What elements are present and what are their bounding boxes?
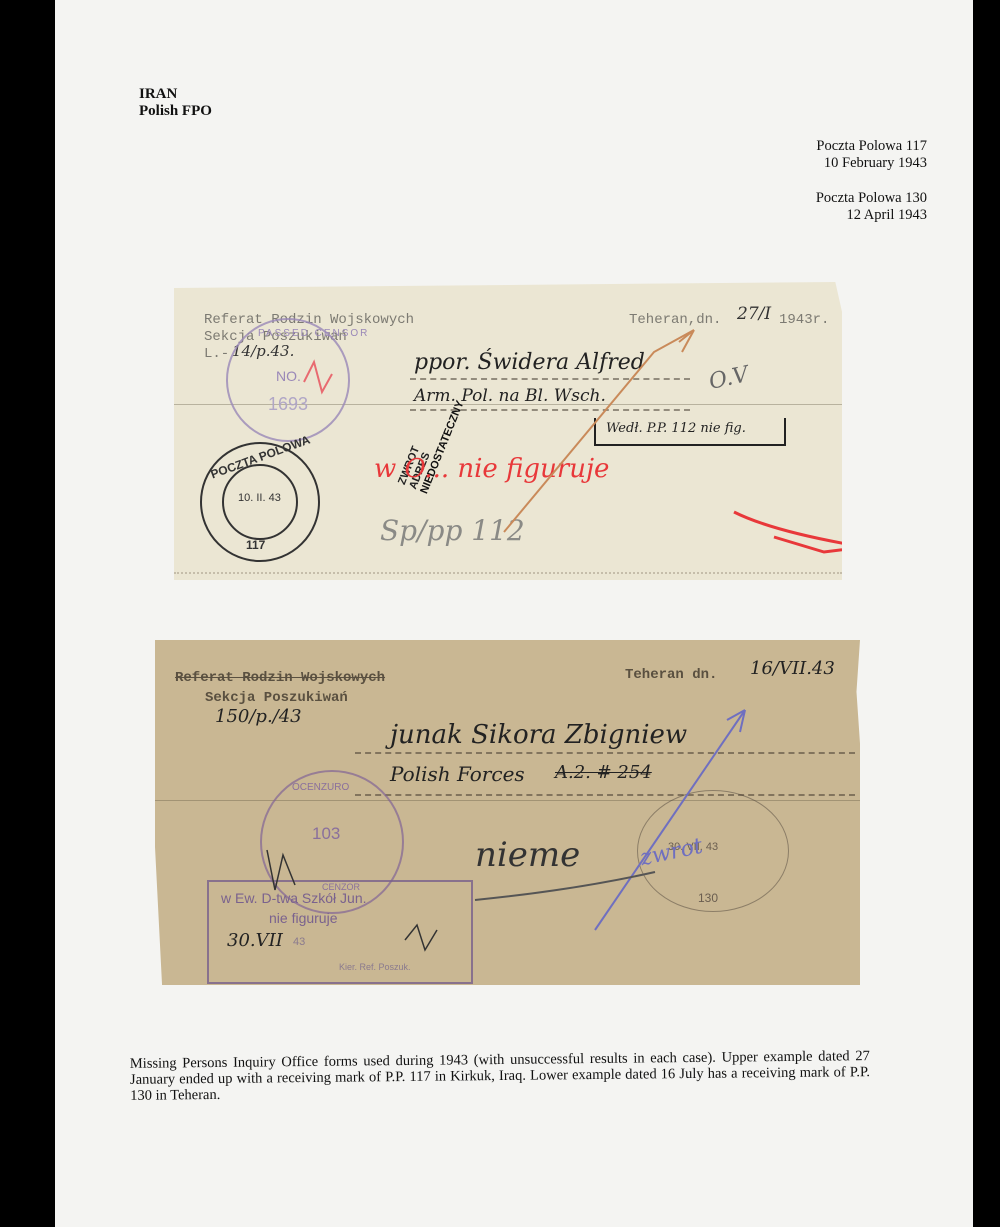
reference-117: Poczta Polowa 117 10 February 1943 — [816, 138, 927, 172]
upper-inquiry-form: Referat Rodzin Wojskowych Sekcja Poszuki… — [174, 282, 842, 580]
postmark-references: Poczta Polowa 117 10 February 1943 Poczt… — [816, 138, 927, 242]
reference-130: Poczta Polowa 130 12 April 1943 — [816, 190, 927, 224]
album-page: IRAN Polish FPO Poczta Polowa 117 10 Feb… — [55, 0, 973, 1227]
crayon-marks — [174, 282, 842, 580]
crayon-marks — [155, 640, 860, 985]
subtitle: Polish FPO — [139, 103, 212, 120]
caption: Missing Persons Inquiry Office forms use… — [130, 1048, 870, 1104]
lower-inquiry-form: Referat Rodzin Wojskowych Sekcja Poszuki… — [155, 640, 860, 985]
perforation — [174, 572, 842, 574]
country-title: IRAN — [139, 86, 212, 103]
page-header: IRAN Polish FPO — [139, 86, 212, 120]
